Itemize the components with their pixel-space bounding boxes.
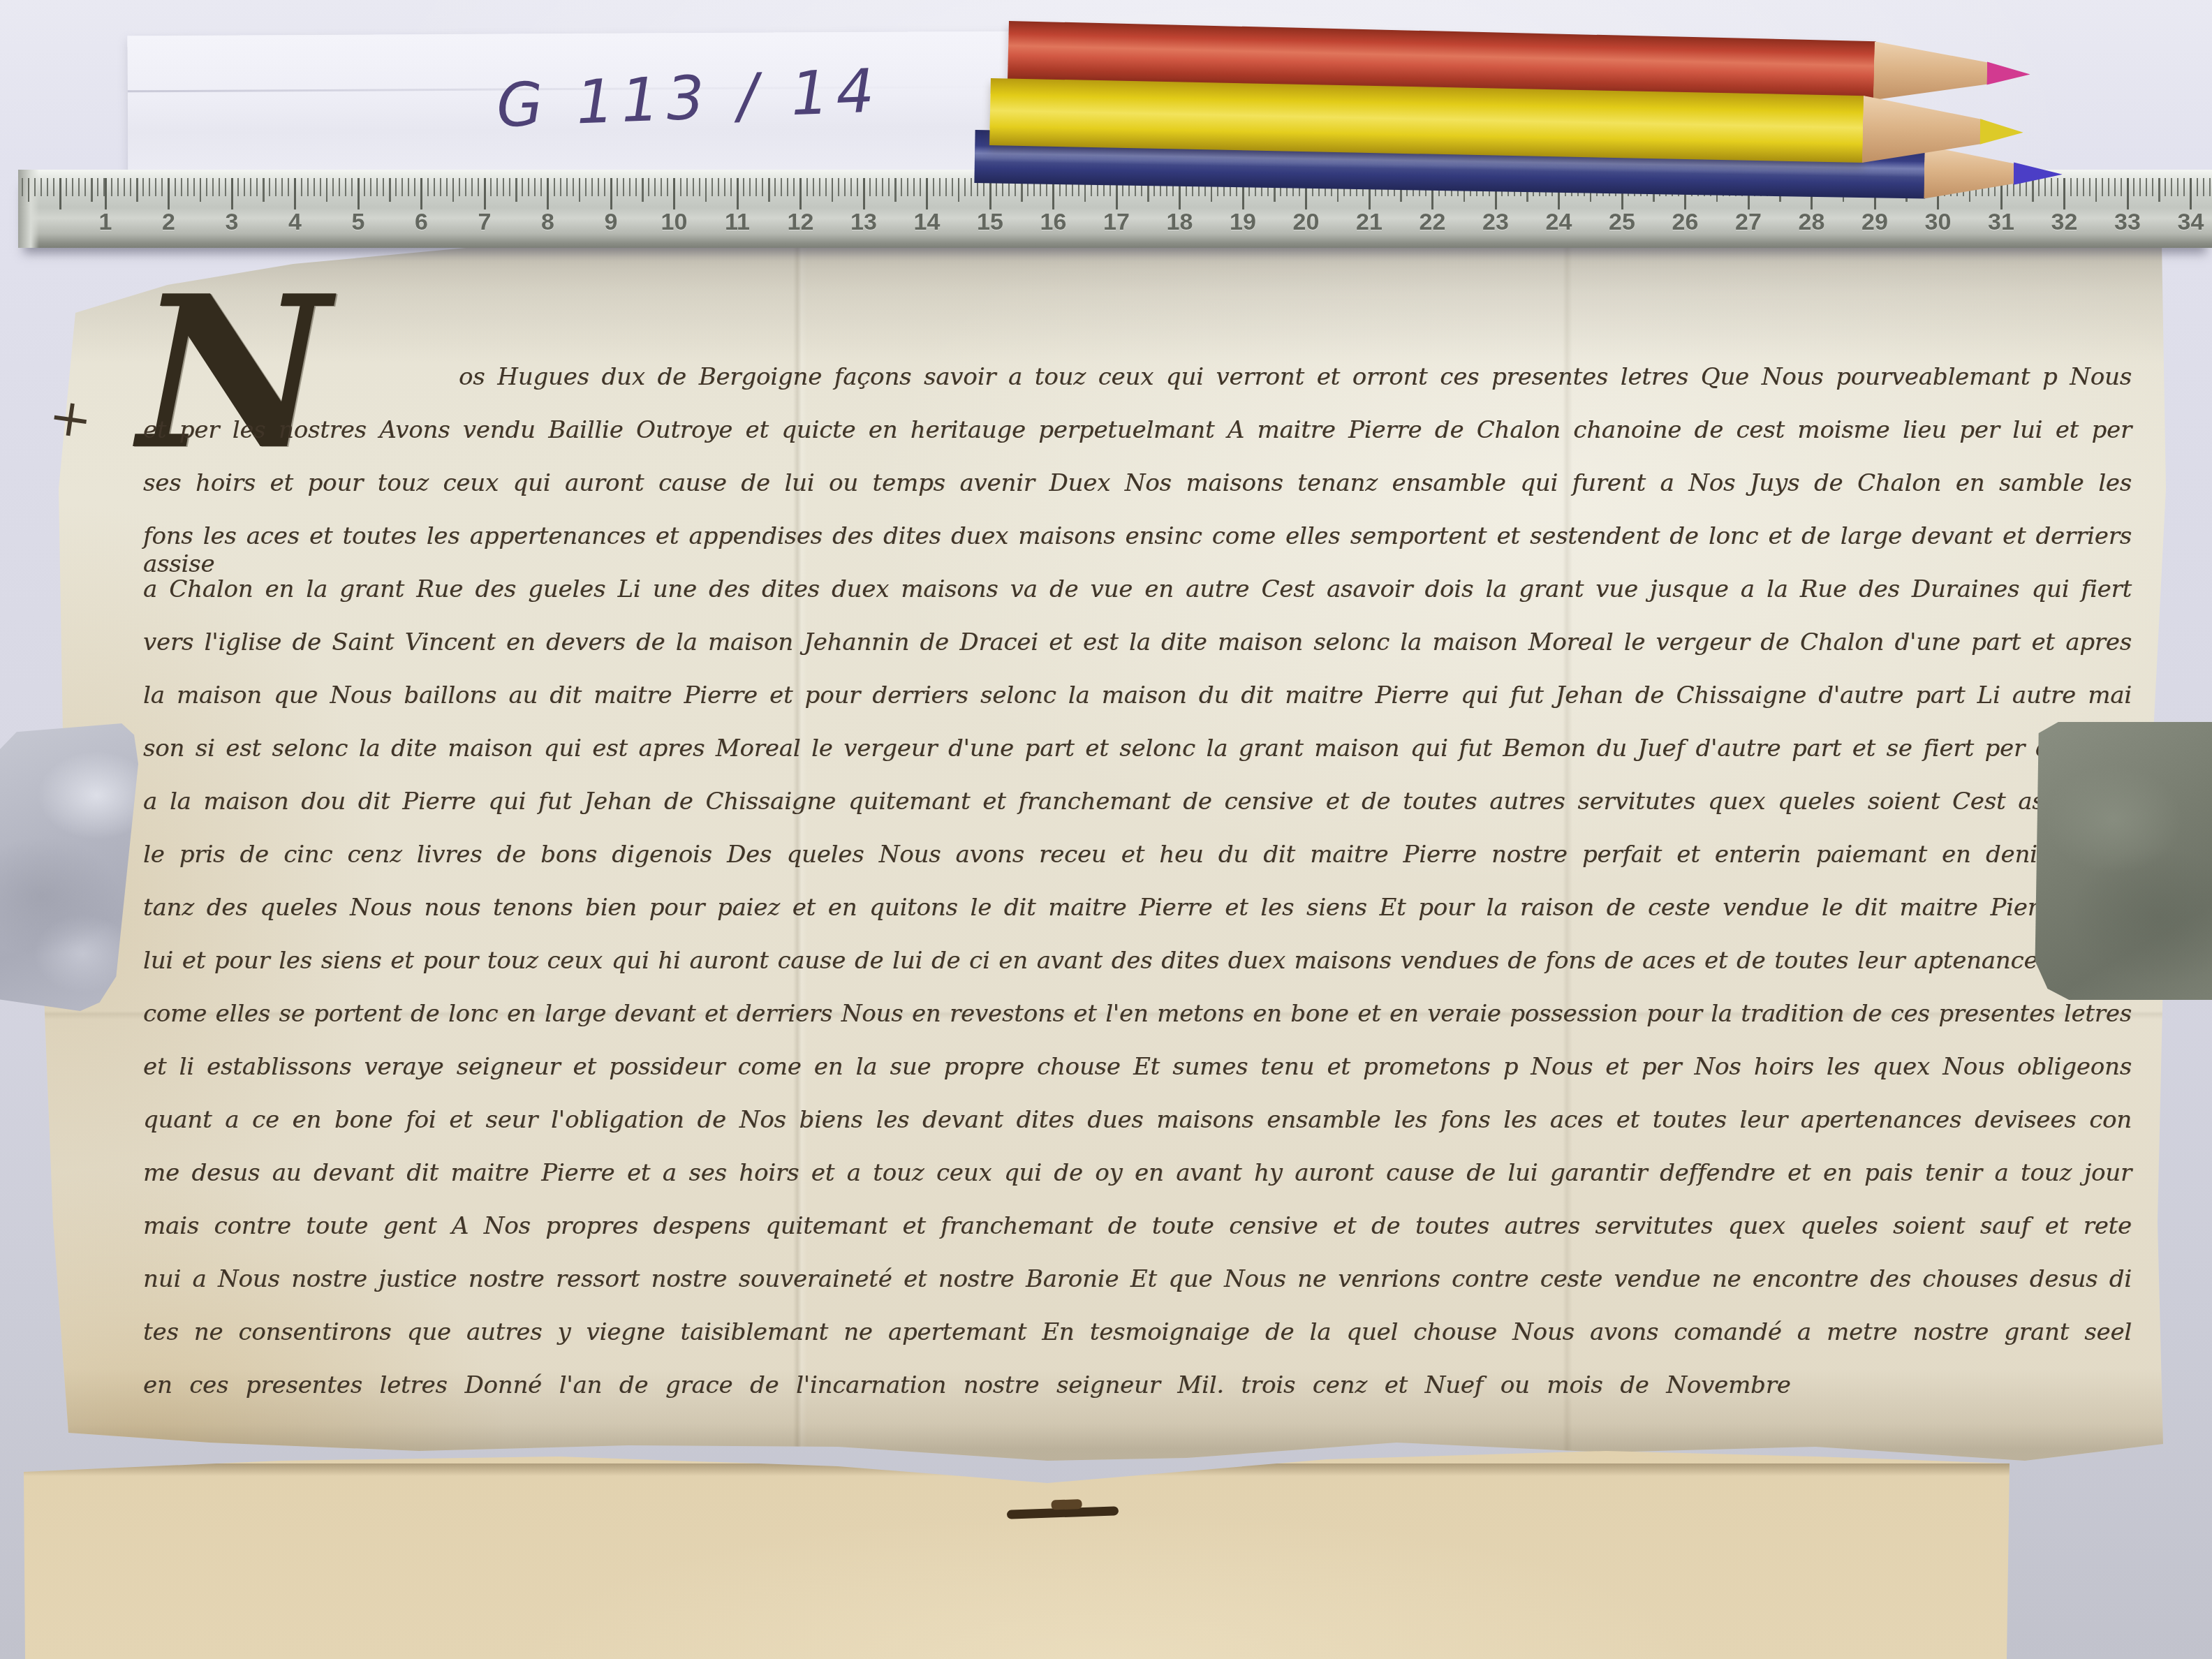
charter-line: son si est selonc la dite maison qui est… (143, 735, 2132, 788)
charter-line: fons les aces et toutes les appertenance… (143, 522, 2132, 575)
ruler-number: 24 (1538, 209, 1580, 236)
ruler-number: 26 (1665, 209, 1706, 236)
ruler-number: 14 (906, 209, 948, 236)
ruler-number: 4 (274, 209, 316, 236)
ruler-number: 5 (337, 209, 379, 236)
charter-line: quant a ce en bone foi et seur l'obligat… (143, 1106, 2132, 1159)
ruler-number: 21 (1348, 209, 1390, 236)
ruler-number: 12 (780, 209, 822, 236)
ruler-number: 20 (1285, 209, 1327, 236)
archive-label: G 113 / 14 (127, 31, 1023, 191)
ruler-number: 34 (2170, 209, 2212, 236)
ruler-number: 1 (84, 209, 126, 236)
ruler-number: 31 (1980, 209, 2022, 236)
ruler-number: 27 (1727, 209, 1769, 236)
ruler-number: 16 (1033, 209, 1075, 236)
yellow-pencil-wood-tip (1862, 96, 1984, 165)
charter-line: tes ne consentirons que autres y viegne … (143, 1318, 2132, 1371)
charter-line: et per les nostres Avons vendu Baillie O… (143, 416, 2132, 469)
ruler-number: 7 (464, 209, 506, 236)
charter-line: en ces presentes letres Donné l'an de gr… (143, 1371, 2132, 1424)
yellow-pencil-lead (1979, 115, 2023, 149)
ruler-number: 28 (1791, 209, 1833, 236)
ruler-number: 2 (148, 209, 190, 236)
ruler-number: 8 (527, 209, 569, 236)
ruler-number: 18 (1159, 209, 1201, 236)
charter-cross-mark: + (45, 385, 96, 451)
charter-line: lui et pour les siens et pour touz ceux … (143, 947, 2132, 1000)
right-stone-weight (2033, 722, 2212, 1000)
charter-lines: os Hugues dux de Bergoigne façons savoir… (143, 363, 2132, 1424)
ruler-number: 17 (1096, 209, 1137, 236)
ruler-number: 30 (1917, 209, 1959, 236)
ruler-number: 11 (716, 209, 758, 236)
charter-line: ses hoirs et pour touz ceux qui auront c… (143, 469, 2132, 522)
red-pencil-lead (1986, 58, 2030, 89)
charter-line: a Chalon en la grant Rue des gueles Li u… (143, 575, 2132, 628)
ruler-number: 10 (654, 209, 695, 236)
ruler-number: 6 (401, 209, 443, 236)
charter-line: mais contre toute gent A Nos propres des… (143, 1212, 2132, 1265)
ruler-number: 23 (1475, 209, 1517, 236)
ruler-number: 9 (590, 209, 632, 236)
ruler-number: 25 (1601, 209, 1643, 236)
charter-line: os Hugues dux de Bergoigne façons savoir… (143, 363, 2132, 416)
charter-line: le pris de cinc cenz livres de bons dige… (143, 841, 2132, 894)
charter-line: vers l'iglise de Saint Vincent en devers… (143, 628, 2132, 681)
ruler-number: 13 (843, 209, 885, 236)
charter-line: la maison que Nous baillons au dit maitr… (143, 681, 2132, 735)
charter-line: a la maison dou dit Pierre qui fut Jehan… (143, 788, 2132, 841)
charter-line: et li establissons veraye seigneur et po… (143, 1053, 2132, 1106)
ruler-number: 33 (2107, 209, 2148, 236)
ruler-number: 3 (211, 209, 253, 236)
charter-line: nui a Nous nostre justice nostre ressort… (143, 1265, 2132, 1318)
ruler-number: 19 (1222, 209, 1264, 236)
ruler-number: 15 (969, 209, 1011, 236)
charter-line: me desus au devant dit maitre Pierre et … (143, 1159, 2132, 1212)
ruler-number: 22 (1412, 209, 1454, 236)
ruler-number: 32 (2044, 209, 2086, 236)
red-pencil-wood-tip (1873, 41, 1991, 103)
charter-line: tanz des queles Nous nous tenons bien po… (143, 894, 2132, 947)
archive-label-text: G 113 / 14 (495, 56, 883, 141)
ruler-number: 29 (1854, 209, 1896, 236)
charter-line: come elles se portent de lonc en large d… (143, 1000, 2132, 1053)
